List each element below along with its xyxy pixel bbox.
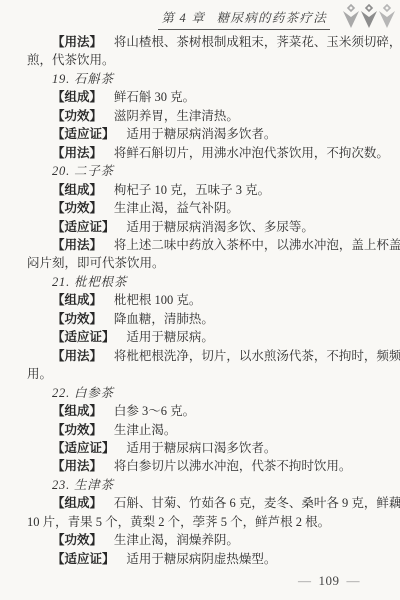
text-line: 【适应证】适用于糖尿病。 (27, 328, 374, 346)
line-text: 生津止渴，益气补阴。 (114, 201, 239, 215)
line-text: 19. 石斛茶 (52, 72, 114, 86)
text-line: 【组成】石斛、甘菊、竹茹各 6 克，麦冬、桑叶各 9 克，鲜藕片 (27, 494, 374, 512)
field-label: 【适应证】 (52, 127, 115, 141)
line-text: 枇杷根 100 克。 (114, 293, 202, 307)
line-text: 滋阴养胃，生津清热。 (114, 109, 239, 123)
line-text: 20. 二子茶 (52, 164, 114, 178)
text-line: 【适应证】适用于糖尿病阴虚热燥型。 (27, 550, 374, 568)
field-label: 【功效】 (52, 312, 102, 326)
field-label: 【适应证】 (52, 330, 115, 344)
field-label: 【功效】 (52, 109, 102, 123)
footer-dash-left: — (298, 573, 312, 588)
text-line: 【用法】将枇杷根洗净，切片，以水煎汤代茶，不拘时，频频饮 (27, 347, 374, 365)
line-text: 将鲜石斛切片，用沸水冲泡代茶饮用，不拘次数。 (114, 146, 389, 160)
text-line: 【组成】白参 3～6 克。 (27, 402, 374, 420)
line-text: 将枇杷根洗净，切片，以水煎汤代茶，不拘时，频频饮 (114, 349, 400, 363)
field-label: 【组成】 (52, 293, 102, 307)
line-text: 生津止渴，润燥养阴。 (114, 533, 239, 547)
book-page: 第 4 章糖尿病的药茶疗法 【用法】将山楂根、茶树根制成粗末，荠菜花、玉米须切碎… (0, 0, 400, 600)
text-line: 【组成】枸杞子 10 克，五味子 3 克。 (27, 181, 374, 199)
text-line: 【适应证】适用于糖尿病消渴多饮、多尿等。 (27, 218, 374, 236)
text-line: 【功效】生津止渴，益气补阴。 (27, 199, 374, 217)
line-text: 21. 枇杷根茶 (52, 275, 127, 289)
field-label: 【用法】 (52, 146, 102, 160)
line-text: 10 片，青果 5 个，黄梨 2 个，荸荠 5 个，鲜芦根 2 根。 (27, 515, 330, 529)
line-text: 将白参切片以沸水冲泡，代茶不拘时饮用。 (114, 459, 352, 473)
field-label: 【组成】 (52, 183, 102, 197)
field-label: 【功效】 (52, 201, 102, 215)
triple-chevron-ornament-icon (341, 4, 397, 32)
line-text: 23. 生津茶 (52, 478, 114, 492)
line-text: 白参 3～6 克。 (114, 404, 195, 418)
line-text: 将山楂根、茶树根制成粗末，荠菜花、玉米须切碎，水 (114, 35, 400, 49)
chapter-heading: 第 4 章糖尿病的药茶疗法 (158, 8, 330, 30)
text-line: 【组成】枇杷根 100 克。 (27, 291, 374, 309)
text-line: 10 片，青果 5 个，黄梨 2 个，荸荠 5 个，鲜芦根 2 根。 (27, 513, 374, 531)
field-label: 【用法】 (52, 238, 102, 252)
tea-heading: 21. 枇杷根茶 (27, 273, 374, 291)
line-text: 降血糖，清肺热。 (114, 312, 214, 326)
line-text: 用。 (27, 367, 52, 381)
footer-dash-right: — (347, 573, 361, 588)
field-label: 【用法】 (52, 459, 102, 473)
text-line: 闷片刻，即可代茶饮用。 (27, 254, 374, 272)
line-text: 22. 白参茶 (52, 386, 114, 400)
line-text: 石斛、甘菊、竹茹各 6 克，麦冬、桑叶各 9 克，鲜藕片 (114, 496, 400, 510)
line-text: 适用于糖尿病阴虚热燥型。 (126, 552, 276, 566)
line-text: 鲜石斛 30 克。 (114, 90, 195, 104)
text-line: 【功效】降血糖，清肺热。 (27, 310, 374, 328)
field-label: 【适应证】 (52, 441, 115, 455)
line-text: 闷片刻，即可代茶饮用。 (27, 256, 165, 270)
field-label: 【功效】 (52, 423, 102, 437)
page-number: 109 (319, 573, 340, 588)
field-label: 【用法】 (52, 35, 102, 49)
line-text: 适用于糖尿病。 (126, 330, 214, 344)
text-line: 【适应证】适用于糖尿病口渴多饮者。 (27, 439, 374, 457)
tea-heading: 20. 二子茶 (27, 162, 374, 180)
field-label: 【适应证】 (52, 220, 115, 234)
page-content: 【用法】将山楂根、茶树根制成粗末，荠菜花、玉米须切碎，水 煎，代茶饮用。 19.… (0, 0, 400, 568)
field-label: 【组成】 (52, 90, 102, 104)
text-line: 【用法】将白参切片以沸水冲泡，代茶不拘时饮用。 (27, 457, 374, 475)
text-line: 煎，代茶饮用。 (27, 51, 374, 69)
text-line: 【功效】生津止渴。 (27, 421, 374, 439)
text-line: 用。 (27, 365, 374, 383)
line-text: 煎，代茶饮用。 (27, 53, 115, 67)
text-line: 【适应证】适用于糖尿病消渴多饮者。 (27, 125, 374, 143)
chapter-title: 糖尿病的药茶疗法 (217, 11, 327, 25)
line-text: 适用于糖尿病消渴多饮、多尿等。 (126, 220, 314, 234)
field-label: 【组成】 (52, 496, 102, 510)
text-line: 【用法】将上述二味中药放入茶杯中，以沸水冲泡，盖上杯盖 (27, 236, 374, 254)
field-label: 【组成】 (52, 404, 102, 418)
chapter-number: 第 4 章 (161, 11, 205, 25)
line-text: 生津止渴。 (114, 423, 177, 437)
field-label: 【功效】 (52, 533, 102, 547)
tea-heading: 23. 生津茶 (27, 476, 374, 494)
line-text: 适用于糖尿病消渴多饮者。 (126, 127, 276, 141)
line-text: 将上述二味中药放入茶杯中，以沸水冲泡，盖上杯盖 (114, 238, 400, 252)
tea-heading: 19. 石斛茶 (27, 70, 374, 88)
field-label: 【用法】 (52, 349, 102, 363)
tea-heading: 22. 白参茶 (27, 384, 374, 402)
field-label: 【适应证】 (52, 552, 115, 566)
line-text: 适用于糖尿病口渴多饮者。 (126, 441, 276, 455)
text-line: 【用法】将山楂根、茶树根制成粗末，荠菜花、玉米须切碎，水 (27, 33, 374, 51)
text-line: 【用法】将鲜石斛切片，用沸水冲泡代茶饮用，不拘次数。 (27, 144, 374, 162)
page-footer: —109— (291, 573, 367, 589)
text-line: 【功效】滋阴养胃，生津清热。 (27, 107, 374, 125)
text-line: 【功效】生津止渴，润燥养阴。 (27, 531, 374, 549)
line-text: 枸杞子 10 克，五味子 3 克。 (114, 183, 270, 197)
text-line: 【组成】鲜石斛 30 克。 (27, 88, 374, 106)
